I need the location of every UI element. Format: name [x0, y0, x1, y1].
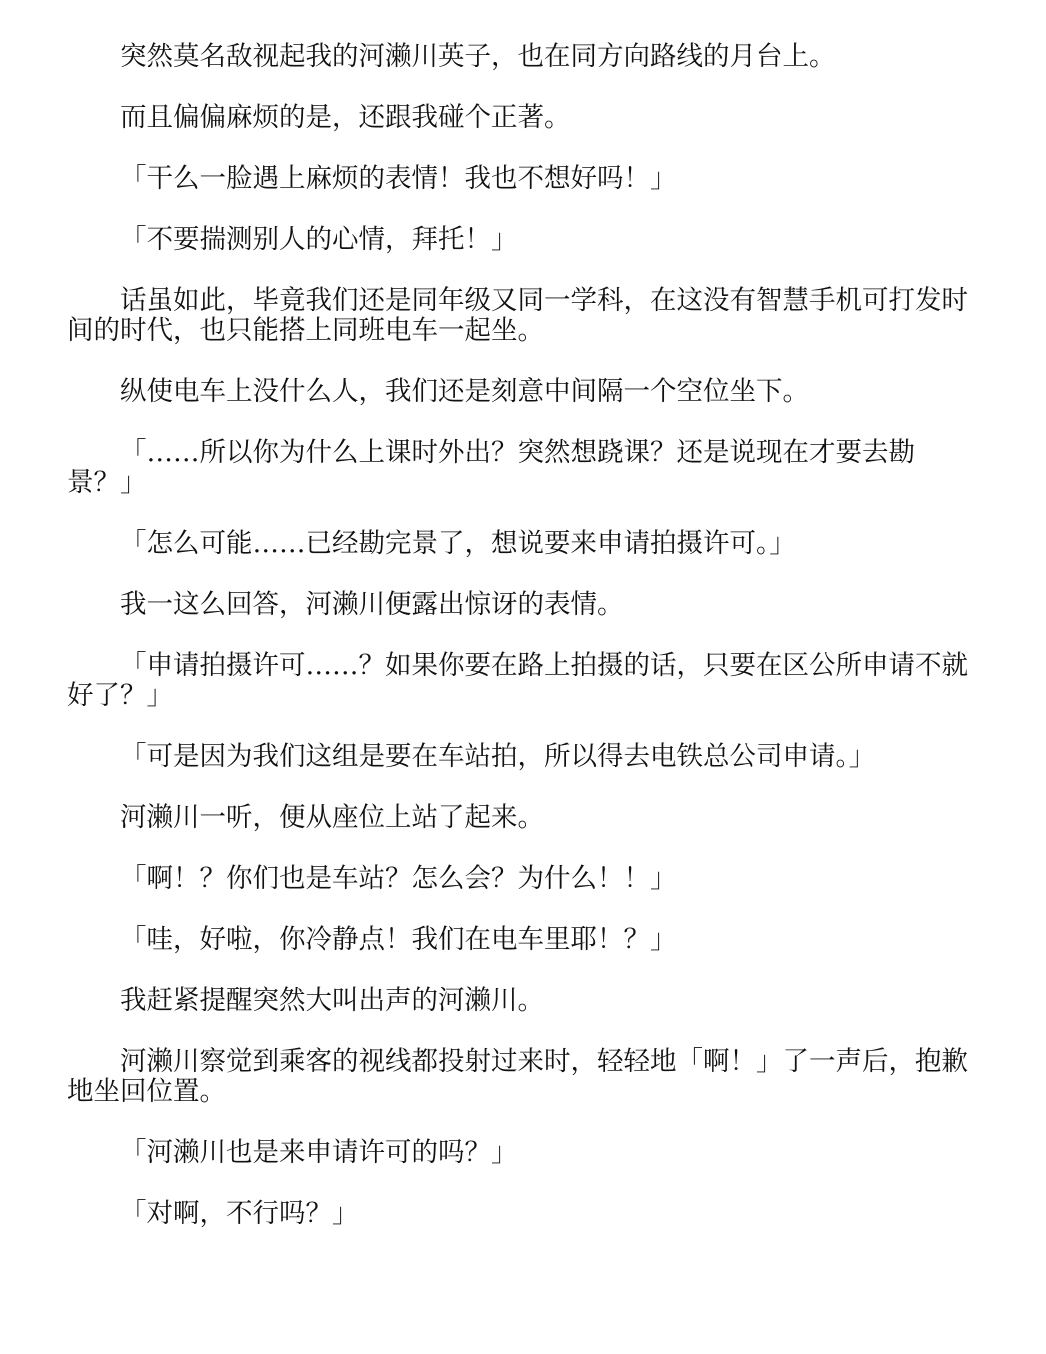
- paragraph: 我赶紧提醒突然大叫出声的河濑川。: [67, 986, 971, 1016]
- paragraph: 话虽如此，毕竟我们还是同年级又同一学科，在这没有智慧手机可打发时间的时代，也只能…: [67, 286, 971, 346]
- paragraph: 而且偏偏麻烦的是，还跟我碰个正著。: [67, 103, 971, 133]
- paragraph: 我一这么回答，河濑川便露出惊讶的表情。: [67, 590, 971, 620]
- dialogue-line: 「哇，好啦，你冷静点！我们在电车里耶！？」: [67, 925, 971, 955]
- dialogue-line: 「河濑川也是来申请许可的吗？」: [67, 1138, 971, 1168]
- dialogue-line: 「申请拍摄许可……？如果你要在路上拍摄的话，只要在区公所申请不就好了？」: [67, 651, 971, 711]
- dialogue-line: 「怎么可能……已经勘完景了，想说要来申请拍摄许可。」: [67, 529, 971, 559]
- dialogue-line: 「啊！？你们也是车站？怎么会？为什么！！」: [67, 864, 971, 894]
- paragraph: 河濑川一听，便从座位上站了起来。: [67, 803, 971, 833]
- document-page: 突然莫名敌视起我的河濑川英子，也在同方向路线的月台上。 而且偏偏麻烦的是，还跟我…: [67, 42, 971, 1260]
- paragraph: 突然莫名敌视起我的河濑川英子，也在同方向路线的月台上。: [67, 42, 971, 72]
- dialogue-line: 「可是因为我们这组是要在车站拍，所以得去电铁总公司申请。」: [67, 742, 971, 772]
- dialogue-line: 「对啊，不行吗？」: [67, 1199, 971, 1229]
- dialogue-line: 「干么一脸遇上麻烦的表情！我也不想好吗！」: [67, 164, 971, 194]
- paragraph: 纵使电车上没什么人，我们还是刻意中间隔一个空位坐下。: [67, 377, 971, 407]
- dialogue-line: 「……所以你为什么上课时外出？突然想跷课？还是说现在才要去勘景？」: [67, 438, 971, 498]
- dialogue-line: 「不要揣测别人的心情，拜托！」: [67, 225, 971, 255]
- paragraph: 河濑川察觉到乘客的视线都投射过来时，轻轻地「啊！」了一声后，抱歉地坐回位置。: [67, 1047, 971, 1107]
